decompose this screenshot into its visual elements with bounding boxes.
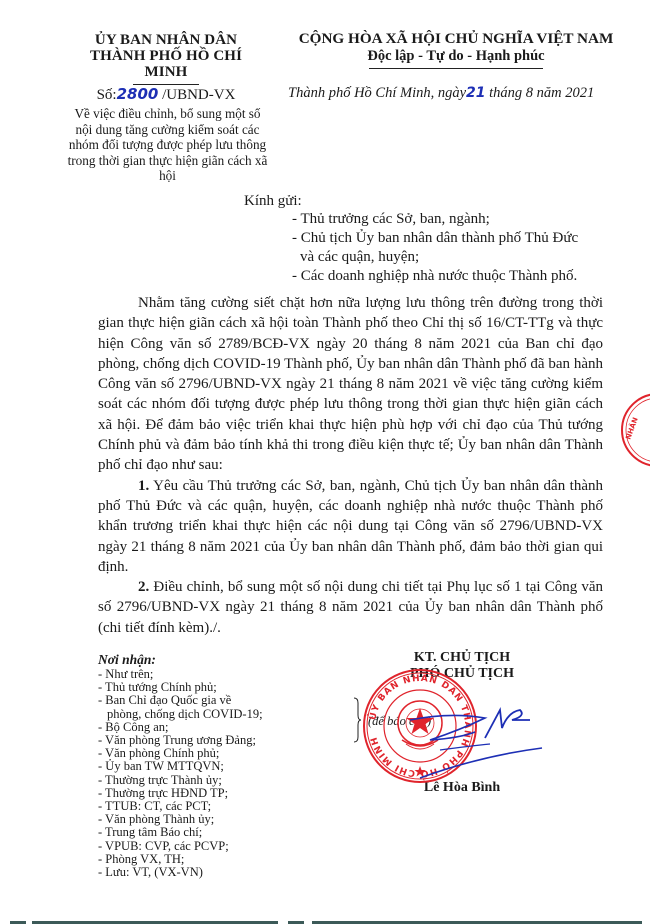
directive-item-2: 2. Điều chỉnh, bổ sung một số nội dung c… <box>98 577 603 638</box>
subject-line: Về việc điều chỉnh, bổ sung một số <box>60 106 275 122</box>
addressee-label: Kính gửi: <box>244 193 302 210</box>
addressee-item: - Các doanh nghiệp nhà nước thuộc Thành … <box>292 267 578 286</box>
recipients-title: Nơi nhận: <box>98 652 388 668</box>
authority-line-2: THÀNH PHỐ HỒ CHÍ MINH <box>76 48 256 80</box>
place-date-suffix: tháng 8 năm 2021 <box>486 85 595 101</box>
issuing-authority: ỦY BAN NHÂN DÂN THÀNH PHỐ HỒ CHÍ MINH <box>76 32 256 85</box>
curly-brace-icon <box>353 697 361 743</box>
recipient-item: - Ủy ban TW MTTQVN; <box>98 760 388 773</box>
item-2-text: Điều chỉnh, bổ sung một số nội dung chi … <box>98 579 603 636</box>
national-header: CỘNG HÒA XÃ HỘI CHỦ NGHĨA VIỆT NAM Độc l… <box>286 30 626 69</box>
nation-title: CỘNG HÒA XÃ HỘI CHỦ NGHĨA VIỆT NAM <box>286 30 626 48</box>
recipient-item: - Ban Chỉ đạo Quốc gia về <box>98 694 388 707</box>
document-number: Số:2800 /UBND-VX <box>76 85 256 104</box>
subject-line: nội dung tăng cường kiểm soát các <box>60 122 275 138</box>
place-date-prefix: Thành phố Hồ Chí Minh, ngày <box>288 85 466 101</box>
item-2-number: 2. <box>138 579 149 595</box>
document-subject: Về việc điều chỉnh, bổ sung một số nội d… <box>60 106 275 184</box>
doc-number-handwritten: 2800 <box>117 85 159 103</box>
recipient-item: - Thường trực Thành ủy; <box>98 774 388 787</box>
item-1-text: Yêu cầu Thủ trưởng các Sở, ban, ngành, C… <box>98 478 603 575</box>
recipient-item-continued: phòng, chống dịch COVID-19; <box>98 708 388 721</box>
motto-underline <box>369 68 543 69</box>
recipient-item: - VPUB: CVP, các PCVP; <box>98 840 388 853</box>
recipient-item: - Trung tâm Báo chí; <box>98 826 388 839</box>
seal-partial-icon: NHÂN <box>618 390 650 470</box>
addressee-item: - Chủ tịch Ủy ban nhân dân thành phố Thủ… <box>292 229 578 248</box>
place-and-date: Thành phố Hồ Chí Minh, ngày21 tháng 8 nă… <box>288 85 628 102</box>
handwritten-signature <box>390 690 550 790</box>
official-document-page: ỦY BAN NHÂN DÂN THÀNH PHỐ HỒ CHÍ MINH Số… <box>0 0 650 924</box>
subject-line: nhóm đối tượng được phép lưu thông <box>60 137 275 153</box>
recipients-block: Nơi nhận: - Như trên; - Thủ tướng Chính … <box>98 652 388 879</box>
day-handwritten: 21 <box>466 85 485 101</box>
doc-number-prefix: Số: <box>97 87 117 103</box>
recipient-item: - Lưu: VT, (VX-VN) <box>98 866 388 879</box>
document-body: Nhằm tăng cường siết chặt hơn nữa lượng … <box>98 293 603 638</box>
addressee-list: - Thủ trưởng các Sở, ban, ngành; - Chủ t… <box>292 210 578 286</box>
addressee-item: - Thủ trưởng các Sở, ban, ngành; <box>292 210 578 229</box>
national-motto: Độc lập - Tự do - Hạnh phúc <box>286 48 626 65</box>
signer-authority: KT. CHỦ TỊCH <box>372 650 552 666</box>
addressee-item-continued: và các quận, huyện; <box>292 248 578 267</box>
intro-paragraph: Nhằm tăng cường siết chặt hơn nữa lượng … <box>98 293 603 476</box>
item-1-number: 1. <box>138 478 149 494</box>
subject-line: trong thời gian thực hiện giãn cách xã h… <box>60 153 275 184</box>
authority-line-1: ỦY BAN NHÂN DÂN <box>76 32 256 48</box>
doc-number-suffix: /UBND-VX <box>158 87 235 103</box>
directive-item-1: 1. Yêu cầu Thủ trưởng các Sở, ban, ngành… <box>98 476 603 577</box>
